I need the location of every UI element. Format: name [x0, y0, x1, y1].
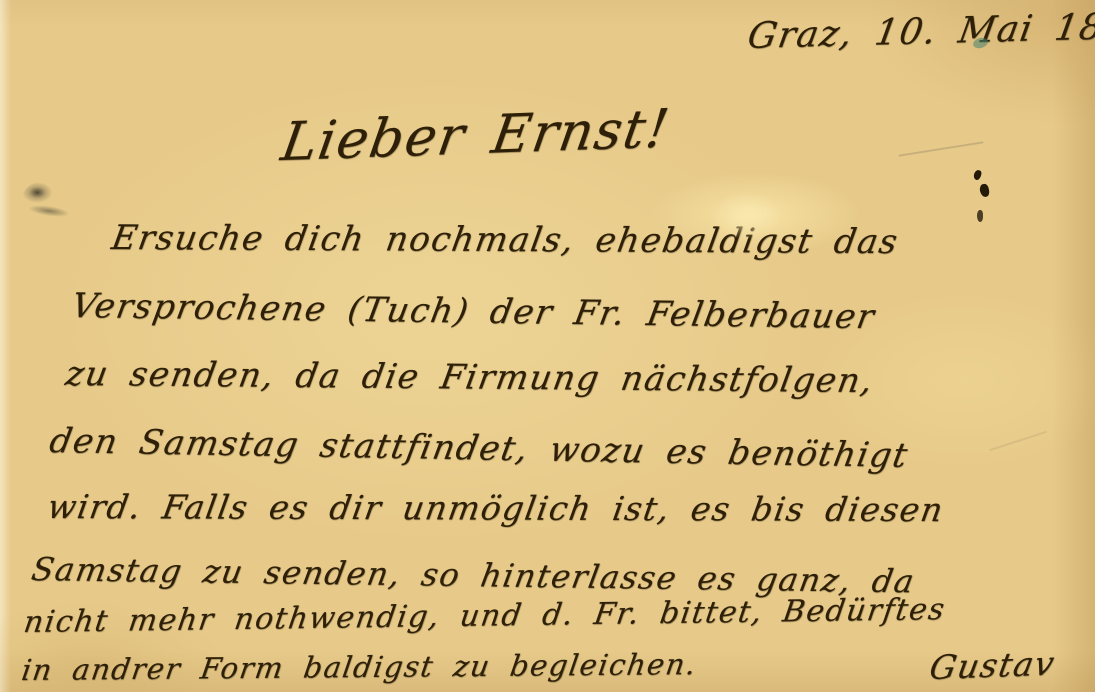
- salutation: Lieber Ernst!: [277, 98, 674, 173]
- worn-spot: [712, 192, 782, 240]
- body-line-7: nicht mehr nothwendig, und d. Fr. bittet…: [21, 592, 947, 640]
- body-line-4: den Samstag stattfindet, wozu es benöthi…: [46, 421, 911, 476]
- ink-spot: [973, 169, 983, 181]
- ink-spot: [977, 210, 983, 222]
- ink-smudge: [22, 182, 56, 212]
- letter-paper: Graz, 10. Mai 1899. Lieber Ernst! Ersuch…: [0, 0, 1095, 692]
- body-line-1: Ersuche dich nochmals, ehebaldigst das: [109, 218, 902, 262]
- paper-scratch: [989, 431, 1047, 451]
- body-line-2: Versprochene (Tuch) der Fr. Felberbauer: [69, 286, 879, 337]
- ink-spots: [968, 170, 992, 228]
- paper-scratch: [898, 141, 983, 156]
- ink-spot: [979, 183, 991, 198]
- signature: Gustav: [927, 643, 1059, 687]
- body-line-5: wird. Falls es dir unmöglich ist, es bis…: [45, 487, 947, 529]
- body-line-8: in andrer Form baldigst zu begleichen.: [19, 647, 699, 687]
- dateline: Graz, 10. Mai 1899.: [745, 5, 1095, 57]
- body-line-6: Samstag zu senden, so hinterlasse es gan…: [29, 550, 918, 600]
- body-line-3: zu senden, da die Firmung nächstfolgen,: [63, 354, 877, 401]
